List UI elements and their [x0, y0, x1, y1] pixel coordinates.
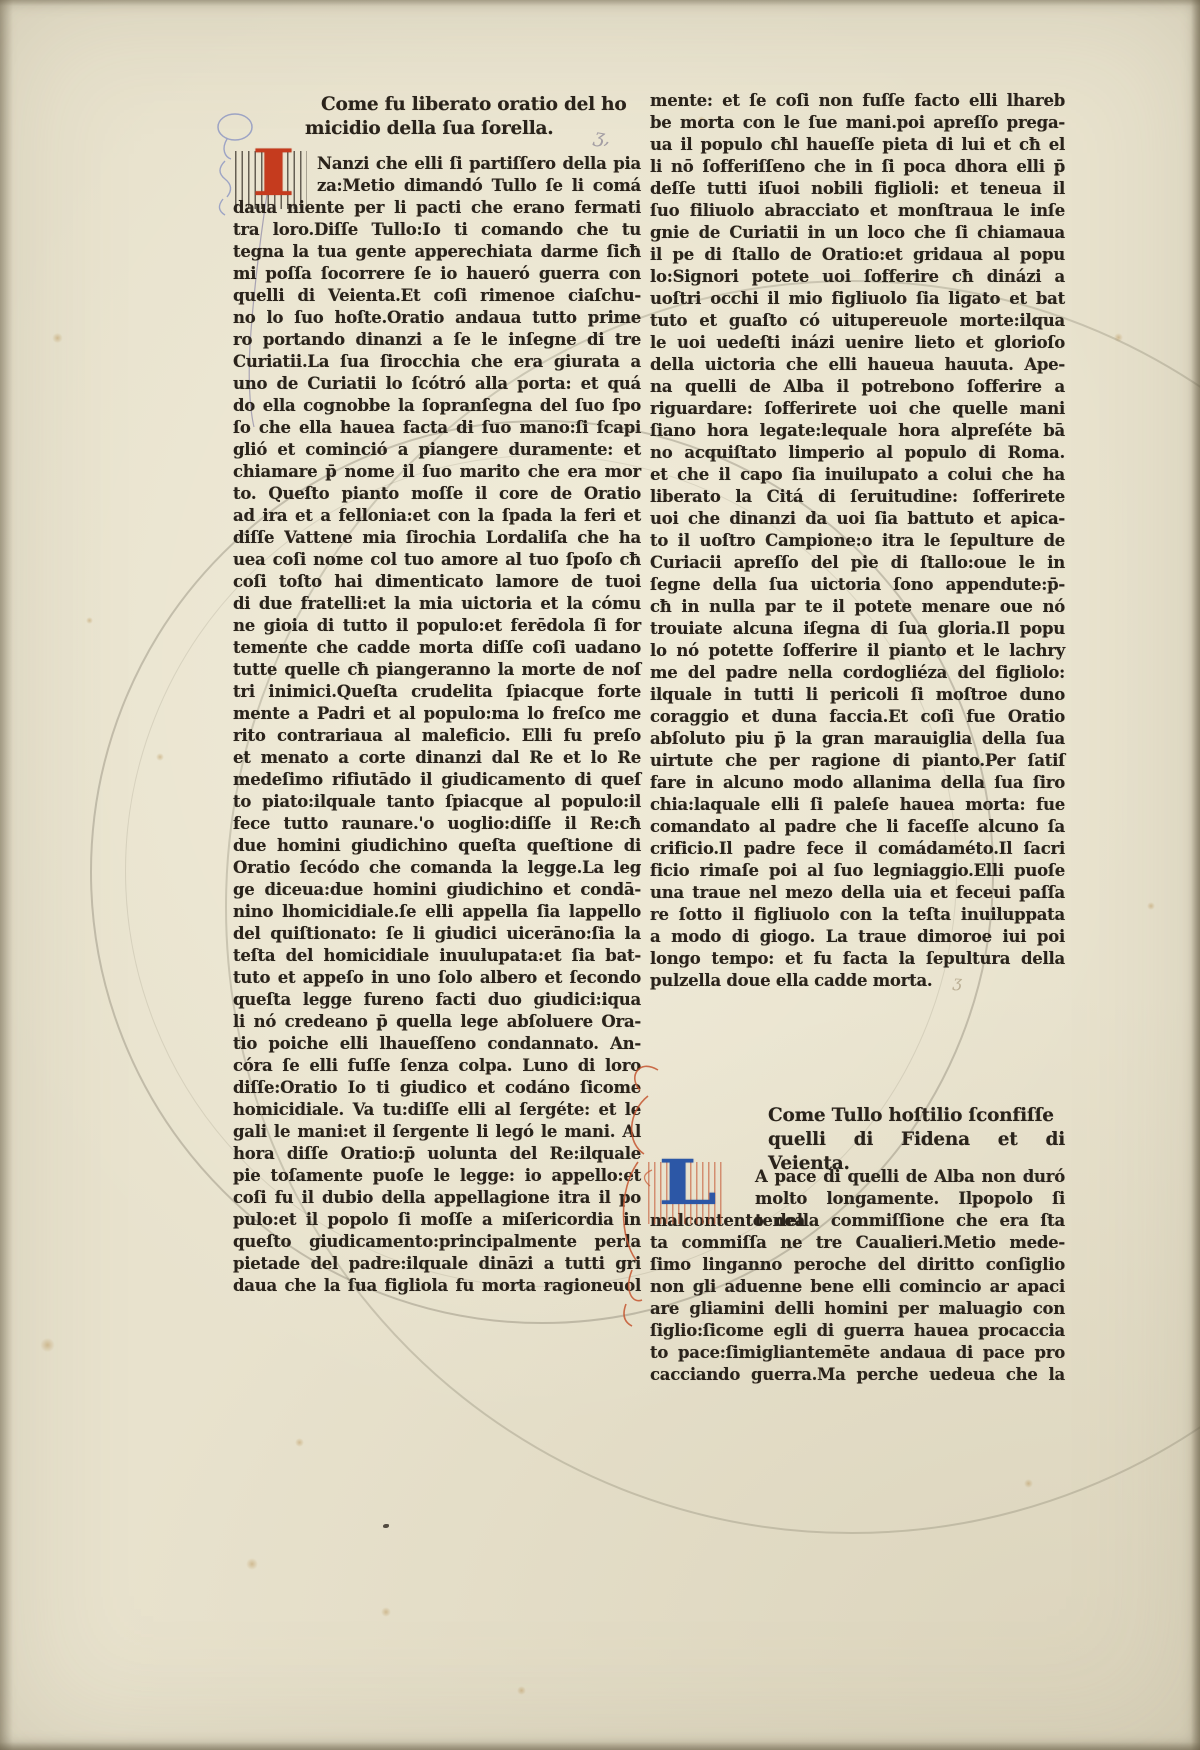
text-line: comandato al padre che li faceſſe alcuno…: [650, 816, 1065, 838]
text-line: hora diſſe Oratio:p̄ uolunta del Re:ilqu…: [233, 1143, 641, 1165]
foxing-spot: [517, 1686, 526, 1695]
text-line: et menato a corte dinanzi dal Re et lo R…: [233, 747, 641, 769]
text-line: lo:Signori potete uoi ſofferire cħ dináz…: [650, 266, 1065, 288]
text-line: glió et cominció a piangere duramente: e…: [233, 439, 641, 461]
incunabulum-page: ʒ, ʒ Come fu liberato oratio del homicid…: [0, 0, 1200, 1750]
text-line: tuto et appeſo in uno ſolo albero et ſec…: [233, 967, 641, 989]
text-line: daua che la ſua figliola fu morta ragion…: [233, 1275, 641, 1297]
text-line: pulzella doue ella cadde morta.: [650, 970, 1065, 992]
text-line: chia:laquale elli ſi paleſe hauea morta:…: [650, 794, 1065, 816]
text-line: to piato:ilquale tanto ſpiacque al popul…: [233, 791, 641, 813]
text-line: il pe di ſtallo de Oratio:et gridaua al …: [650, 244, 1065, 266]
text-line: no lo ſuo hoſte.Oratio andaua tutto prim…: [233, 307, 641, 329]
text-line: et che il capo ſia inuilupato a colui ch…: [650, 464, 1065, 486]
text-line: le uoi uedeſti inázi uenire lieto et glo…: [650, 332, 1065, 354]
text-line: tutte quelle cħ piangeranno la morte de …: [233, 659, 641, 681]
text-line: Curiacii apreſſo del pie di ſtallo:oue l…: [650, 552, 1065, 574]
text-line: ficio rimaſe poi al ſuo legniaggio.Elli …: [650, 860, 1065, 882]
text-line: ſuo filiuolo abracciato et monſtraua le …: [650, 200, 1065, 222]
text-line: nino lhomicidiale.ſe elli appella ſia la…: [233, 901, 641, 923]
text-line: ſiano hora legate:lequale hora alpreſéte…: [650, 420, 1065, 442]
chapter-paragraph: L A pace di quelli de Alba non durómolto…: [650, 1166, 1065, 1386]
foxing-spot: [381, 1607, 391, 1617]
text-line: Curiatii.La ſua ſirocchia che era giurat…: [233, 351, 641, 373]
text-line: mente a Padri et al populo:ma lo freſco …: [233, 703, 641, 725]
text-line: deſſe tutti iſuoi nobili figlioli: et te…: [650, 178, 1065, 200]
text-line: coſi fu il dubio della appellagione itra…: [233, 1187, 641, 1209]
text-line: ſimo linganno peroche del diritto conſig…: [650, 1254, 1065, 1276]
text-line: riguardare: ſofferirete uoi che quelle m…: [650, 398, 1065, 420]
chapter-heading: Come Tullo hoſtilio ſconfiſſequelli di F…: [650, 1104, 1065, 1152]
text-line: mi poſſa ſocorrere ſe io haueró guerra c…: [233, 263, 641, 285]
text-line: quelli di Veienta.Et coſi rimenoe ciaſch…: [233, 285, 641, 307]
text-line: abſoluto piu p̄ la gran marauiglia della…: [650, 728, 1065, 750]
text-line: quelli di Fidena et di Veienta.: [650, 1128, 1065, 1152]
text-line: ad ira et a fellonia:et con la ſpada la …: [233, 505, 641, 527]
right-text-column: mente: et ſe coſi non fuſſe facto elli l…: [650, 90, 1065, 1386]
text-block: mente: et ſe coſi non fuſſe facto elli l…: [650, 90, 1065, 992]
text-line: tri inimici.Queſta crudelita ſpiacque fo…: [233, 681, 641, 703]
text-line: uea coſi nome col tuo amore al tuo ſpoſo…: [233, 549, 641, 571]
chapter-paragraph: I Nanzi che elli ſi partiſſero della pia…: [233, 153, 641, 1297]
text-line: rito contrariaua al maleficio. Elli fu p…: [233, 725, 641, 747]
text-line: fece tutto raunare.'o uoglio:diſſe il Re…: [233, 813, 641, 835]
text-line: diſſe:Oratio Io ti giudico et codáno ſic…: [233, 1077, 641, 1099]
text-line: gali le mani:et il ſergente li legó le m…: [233, 1121, 641, 1143]
text-line: di due fratelli:et la mia uictoria et la…: [233, 593, 641, 615]
text-line: to. Queſto pianto moſſe il core de Orati…: [233, 483, 641, 505]
text-line: pietade del padre:ilquale dināzi a tutti…: [233, 1253, 641, 1275]
text-line: be morta con le ſue mani.poi apreſſo pre…: [650, 112, 1065, 134]
foxing-spot: [156, 753, 164, 761]
page-edge-shadow: [0, 1742, 1200, 1750]
page-edge-shadow: [0, 0, 13, 1750]
text-line: longo tempo: et fu facta la ſepultura de…: [650, 948, 1065, 970]
text-line: ilquale in tutti li pericoli ſi moſtroe …: [650, 684, 1065, 706]
text-line: coſi toſto hai dimenticato lamore de tuo…: [233, 571, 641, 593]
text-line: medeſimo rifiutādo il giudicamento di qu…: [233, 769, 641, 791]
text-line: tuto et guaſto có uitupereuole morte:ilq…: [650, 310, 1065, 332]
text-block: Nanzi che elli ſi partiſſero della piaza…: [233, 153, 641, 1297]
text-line: Oratio ſecódo che comanda la legge.La le…: [233, 857, 641, 879]
text-line: due homini giudichino queſta queſtione d…: [233, 835, 641, 857]
foxing-spot: [52, 333, 63, 343]
text-line: queſta legge fureno facti duo giudici:iq…: [233, 989, 641, 1011]
text-line: fare in alcuno modo allanima della ſua ſ…: [650, 772, 1065, 794]
text-line: tio poiche elli lhaueſſeno condannato. A…: [233, 1033, 641, 1055]
chapter-heading: Come fu liberato oratio del homicidio de…: [233, 93, 641, 141]
text-line: Come Tullo hoſtilio ſconfiſſe: [650, 1104, 1065, 1128]
text-line: queſto giudicamento:principalmente perla: [233, 1231, 641, 1253]
text-line: tegna la tua gente apperechiata darme ſi…: [233, 241, 641, 263]
foxing-spot: [40, 1338, 55, 1352]
text-line: temente che cadde morta diſſe coſi uadan…: [233, 637, 641, 659]
text-line: uirtute che per ragione di pianto.Per ſa…: [650, 750, 1065, 772]
text-line: crificio.Il padre fece il comádaméto.Il …: [650, 838, 1065, 860]
text-line: molto longamente. Ilpopolo ſi tenea: [650, 1188, 1065, 1210]
text-line: gnie de Curiatii in un loco che ſi chiam…: [650, 222, 1065, 244]
text-line: ne gioia di tutto il populo:et ferēdola …: [233, 615, 641, 637]
text-line: coraggio et duna faccia.Et coſi fue Orat…: [650, 706, 1065, 728]
text-line: to il uoſtro Campione:o itra le ſepultur…: [650, 530, 1065, 552]
text-line: trouiate alcuna iſegna di ſua gloria.Il …: [650, 618, 1065, 640]
text-line: ſegne della ſua uictoria ſono appendute:…: [650, 574, 1065, 596]
text-line: lo nó potette ſofferire il pianto et le …: [650, 640, 1065, 662]
text-line: mente: et ſe coſi non fuſſe facto elli l…: [650, 90, 1065, 112]
text-line: Come fu liberato oratio del ho: [233, 93, 641, 117]
text-line: del quiſtionato: ſe li giudici uicerāno:…: [233, 923, 641, 945]
text-line: cħ in nulla par te il potete menare oue …: [650, 596, 1065, 618]
text-line: no acquiſtato limperio al populo di Roma…: [650, 442, 1065, 464]
text-line: li nō ſofferiſſeno che in ſi poca dhora …: [650, 156, 1065, 178]
text-line: uoi che dinanzi da uoi ſia battuto et ap…: [650, 508, 1065, 530]
text-line: cacciando guerra.Ma perche uedeua che la: [650, 1364, 1065, 1386]
text-line: daua niente per li pacti che erano ferma…: [233, 197, 641, 219]
text-line: za:Metio dimandó Tullo ſe li comá: [233, 175, 641, 197]
text-line: ro portando dinanzi a ſe le inſegne di t…: [233, 329, 641, 351]
text-line: a modo di giogo. La traue dimoroe iui po…: [650, 926, 1065, 948]
chapter-paragraph: mente: et ſe coſi non fuſſe facto elli l…: [650, 90, 1065, 992]
text-line: una traue nel mezo della uia et feceui p…: [650, 882, 1065, 904]
text-line: pie toſamente puoſe le legge: io appello…: [233, 1165, 641, 1187]
text-line: uno de Curiatii lo ſcótró alla porta: et…: [233, 373, 641, 395]
text-line: re ſotto il figliuolo con la teſta inuil…: [650, 904, 1065, 926]
foxing-spot: [295, 1438, 304, 1447]
text-line: diſſe Vattene mia ſirochia Lordaliſa che…: [233, 527, 641, 549]
text-line: córa ſe elli fuſſe ſenza colpa. Luno di …: [233, 1055, 641, 1077]
text-line: liberato la Citá di ſeruitudine: ſofferi…: [650, 486, 1065, 508]
page-edge-shadow: [0, 0, 1200, 6]
text-line: li nó credeano p̄ quella lege abſoluere …: [233, 1011, 641, 1033]
text-line: na quelli de Alba il potrebono ſofferire…: [650, 376, 1065, 398]
text-line: pulo:et il popolo ſi moſſe a miſericordi…: [233, 1209, 641, 1231]
text-line: homicidiale. Va tu:diſſe elli al ſergéte…: [233, 1099, 641, 1121]
foxing-spot: [246, 1558, 258, 1570]
text-line: Nanzi che elli ſi partiſſero della pia: [233, 153, 641, 175]
foxing-spot: [1114, 333, 1123, 342]
text-line: do ella cognobbe la ſopranſegna del ſuo …: [233, 395, 641, 417]
text-line: me del padre nella cordogliéza del figli…: [650, 662, 1065, 684]
foxing-spot: [1147, 902, 1155, 910]
text-line: chiamare p̄ nome il ſuo marito che era m…: [233, 461, 641, 483]
text-line: non gli aduenne bene elli comincio ar ap…: [650, 1276, 1065, 1298]
text-line: A pace di quelli de Alba non duró: [650, 1166, 1065, 1188]
text-line: della uictoria che elli haueua hauuta. A…: [650, 354, 1065, 376]
text-line: teſta del homicidiale inuulupata:et ſia …: [233, 945, 641, 967]
page-edge-shadow: [1191, 0, 1200, 1750]
text-line: to pace:ſimigliantemēte andaua di pace p…: [650, 1342, 1065, 1364]
text-line: ta commiſſa ne tre Caualieri.Metio mede-: [650, 1232, 1065, 1254]
text-block: A pace di quelli de Alba non durómolto l…: [650, 1166, 1065, 1386]
text-line: ge diceua:due homini giudichino et condā…: [233, 879, 641, 901]
ink-speck: [383, 1524, 389, 1528]
text-line: tra loro.Diſſe Tullo:Io ti comando che t…: [233, 219, 641, 241]
foxing-spot: [1024, 1479, 1033, 1488]
foxing-spot: [86, 617, 93, 624]
left-text-column: Come fu liberato oratio del homicidio de…: [233, 93, 641, 1297]
text-line: ſo che ella hauea facta di ſuo mano:ſi ſ…: [233, 417, 641, 439]
text-line: are gliamini delli homini per maluagio c…: [650, 1298, 1065, 1320]
text-line: malcontento della commiſſione che era ſt…: [650, 1210, 1065, 1232]
text-line: uoſtri occhi il mio figliuolo ſia ligato…: [650, 288, 1065, 310]
text-line: micidio della ſua ſorella.: [233, 117, 641, 141]
text-line: ſiglio:ſicome egli di guerra hauea proca…: [650, 1320, 1065, 1342]
text-line: ua il populo cħl haueſſe pieta di lui et…: [650, 134, 1065, 156]
